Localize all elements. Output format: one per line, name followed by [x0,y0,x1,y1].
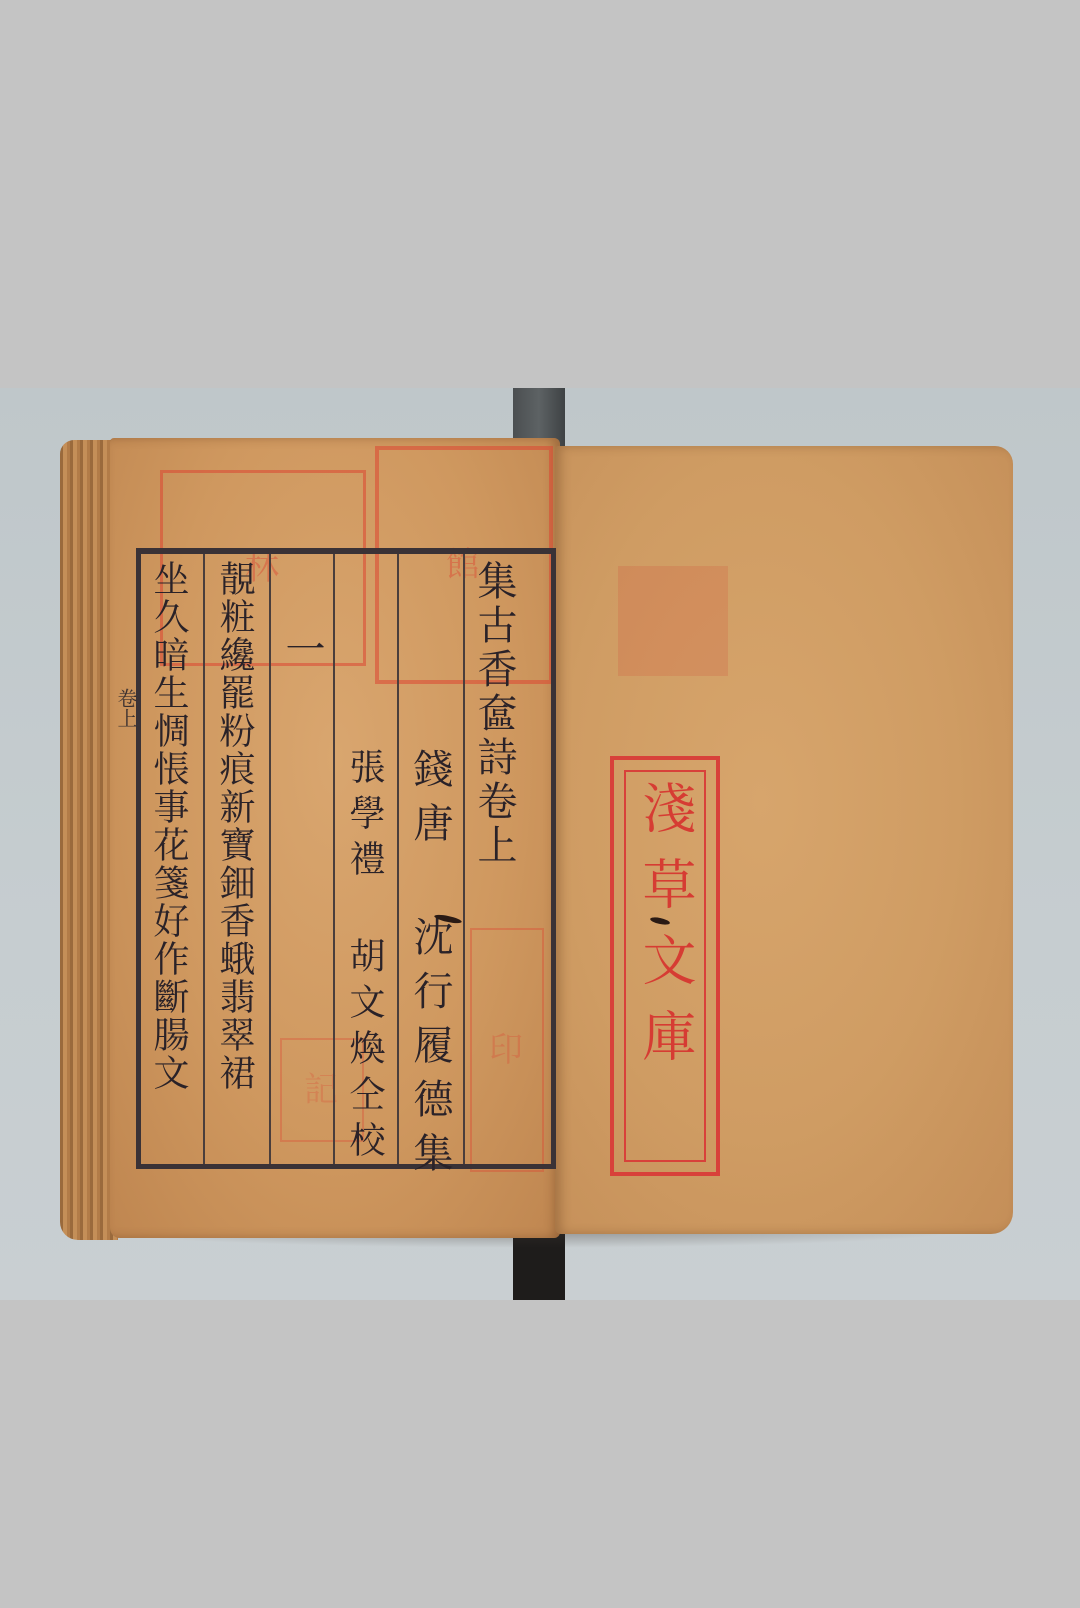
column-rule [203,554,205,1164]
margin-label: 卷上 [112,688,141,728]
column-rule [333,554,335,1164]
column-rule [397,554,399,1164]
column-rule [463,554,465,1164]
title-column: 集古香奩詩卷上 [474,560,514,868]
section-marker: 一 [282,628,322,672]
photo-frame: 林 館 印 記 卷上 集古香奩詩卷上 錢唐 沈行履德集 張學禮 胡文煥仝校 一 … [0,388,1080,1300]
poem-line-1: 靚粧纔罷粉痕新寶鈿香蛾翡翠裙 [216,560,252,1092]
library-stamp-text: 淺草文庫 [638,780,692,1084]
library-stamp: 淺草文庫 [610,756,720,1176]
editors-line: 張學禮 胡文煥仝校 [346,748,382,1167]
faded-seal-right-page [618,566,728,676]
poem-line-2: 坐久暗生惆悵事花箋好作斷腸文 [150,560,186,1092]
column-rule [269,554,271,1164]
author-line: 錢唐 沈行履德集 [410,748,450,1186]
